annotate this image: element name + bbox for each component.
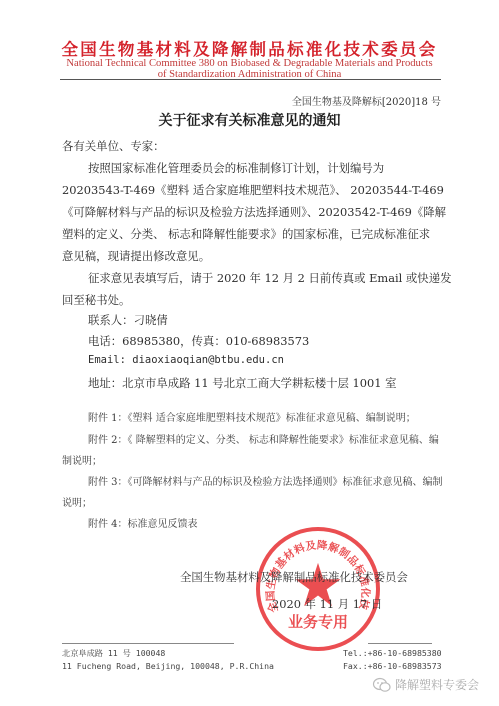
attachment-4: 附件 4：标准意见反馈表 [88, 515, 198, 530]
attachment-2: 附件 2：《 降解塑料的定义、分类、 标志和降解性能要求》标准征求意见稿、编 [88, 431, 439, 446]
contact-phone: 电话：68985380，传真：010-68983573 [88, 333, 309, 349]
paragraph1-line: 20203543-T-469《塑料 适合家庭堆肥塑料技术规范》、 2020354… [62, 182, 444, 198]
paragraph1-line: 意见稿，现请提出修改意见。 [62, 248, 210, 264]
paragraph2-line: 征求意见表填写后，请于 2020 年 12 月 2 日前传真或 Email 或快… [88, 270, 451, 286]
paragraph2-line: 回至秘书处。 [62, 292, 130, 308]
contact-email[interactable]: Email: diaoxiaoqian@btbu.edu.cn [88, 354, 284, 366]
wechat-watermark: 降解塑料专委会 [372, 676, 479, 693]
attachment-3-cont: 说明； [62, 494, 92, 509]
salutation: 各有关单位、专家： [62, 138, 165, 154]
paragraph1-line: 塑料的定义、分类、 标志和降解性能要求》的国家标准，已完成标准征求 [62, 226, 430, 242]
footer-address-en: 11 Fucheng Road, Beijing, 100048, P.R.Ch… [62, 661, 274, 671]
letterhead-divider [60, 79, 441, 80]
document-number: 全国生物基及降解标[2020]18 号 [292, 93, 441, 108]
contact-address: 地址：北京市阜成路 11 号北京工商大学耕耘楼十层 1001 室 [88, 375, 397, 391]
seal-center-text: 业务专用 [260, 611, 376, 632]
paragraph1-line: 《可降解材料与产品的标识及检验方法选择通则》、20203542-T-469《降解 [62, 204, 446, 220]
letterhead-title-en-line1: National Technical Committee 380 on Biob… [0, 58, 499, 69]
attachment-1: 附件 1：《塑料 适合家庭堆肥塑料技术规范》标准征求意见稿、编制说明； [88, 409, 416, 424]
paragraph1-line: 按照国家标准化管理委员会的标准制修订计划，计划编号为 [88, 160, 384, 176]
document-title: 关于征求有关标准意见的通知 [0, 110, 499, 130]
letterhead-title-cn: 全国生物基材料及降解制品标准化技术委员会 [0, 36, 499, 60]
attachment-2-cont: 制说明； [62, 452, 102, 467]
footer-divider-right [368, 643, 432, 644]
signature-date: 2020 年 11 月 17 日 [272, 596, 382, 612]
footer-address-cn: 北京阜成路 11 号 100048 [62, 648, 165, 659]
wechat-icon [372, 677, 392, 693]
footer-divider-left [62, 643, 234, 644]
official-seal: 全国生物基材料及降解制品标准化技术委员会 业务专用 [256, 527, 380, 651]
signature-organization: 全国生物基材料及降解制品标准化技术委员会 [180, 569, 408, 585]
attachment-3: 附件 3：《可降解材料与产品的标识及检验方法选择通则》标准征求意见稿、编制 [88, 473, 443, 488]
watermark-label: 降解塑料专委会 [395, 676, 479, 693]
contact-person: 联系人：刁晓倩 [88, 312, 168, 328]
footer-tel: Tel.:+86-10-68985380 [343, 648, 442, 658]
footer-fax: Fax.:+86-10-68983573 [343, 661, 442, 671]
